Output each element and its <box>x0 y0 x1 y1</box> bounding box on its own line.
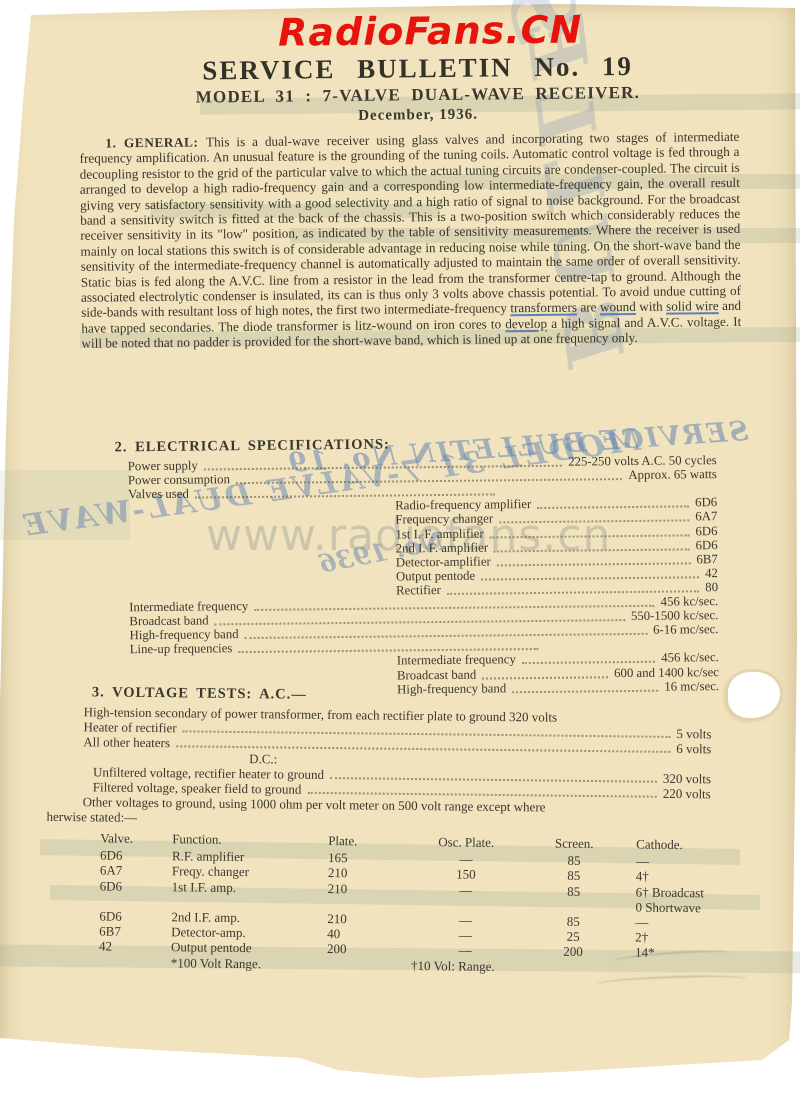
general-text-segment: 1. GENERAL: <box>105 134 206 150</box>
voltage-value: 5 volts <box>676 726 711 741</box>
spec-value: 6A7 <box>695 510 717 525</box>
document-header: RadioFans.CN SERVICE BULLETIN No. 19 MOD… <box>78 6 739 129</box>
scanned-bulletin-page: SERVICE BULLETIN SERVICE BULLETIN No. 19… <box>0 0 800 1108</box>
table-cell <box>405 897 525 914</box>
table-cell: 210 <box>319 911 405 927</box>
spec-value: Approx. 65 watts <box>628 467 717 483</box>
table-header-cell: Plate. <box>320 833 406 851</box>
table-cell: — <box>405 912 525 929</box>
voltage-label: Heater of rectifier <box>83 719 182 735</box>
table-cell: 4† <box>622 869 736 885</box>
dotted-leader <box>490 534 690 538</box>
table-cell: 85 <box>525 913 621 929</box>
table-cell: Detector-amp. <box>171 924 319 941</box>
dotted-leader <box>481 576 699 580</box>
table-cell: 85 <box>526 883 622 899</box>
general-paragraph: 1. GENERAL: This is a dual-wave receiver… <box>79 129 742 432</box>
table-cell: 85 <box>526 852 622 868</box>
voltage-lines: High-tension secondary of power transfor… <box>60 704 737 832</box>
general-text-segment: develop <box>505 316 547 331</box>
spec-value: 6B7 <box>696 552 717 567</box>
table-cell: — <box>405 927 525 944</box>
spec-label: Rectifier <box>396 583 447 599</box>
upper-content-block: RadioFans.CN SERVICE BULLETIN No. 19 MOD… <box>78 6 745 700</box>
table-cell: 200 <box>525 944 621 960</box>
table-cell <box>525 898 621 914</box>
voltage-value: 220 volts <box>663 786 711 802</box>
voltage-label: All other heaters <box>83 734 176 750</box>
spec-rows: Power supply225-250 volts A.C. 50 cycles… <box>83 454 745 700</box>
table-cell: 85 <box>526 868 622 884</box>
dotted-leader <box>537 506 689 510</box>
general-text-segment: wound <box>600 299 636 314</box>
footnote-right: †10 Vol: Range. <box>411 958 495 975</box>
table-cell: 165 <box>320 850 406 866</box>
dotted-leader <box>499 520 689 524</box>
table-header-cell: Function. <box>172 831 320 850</box>
specs-heading: 2. ELECTRICAL SPECIFICATIONS: <box>114 433 742 457</box>
table-cell: — <box>406 882 526 899</box>
table-cell: 25 <box>525 928 621 944</box>
table-cell: 6† Broadcast <box>622 884 736 900</box>
table-cell: Freqy. changer <box>172 864 320 881</box>
table-cell <box>171 894 319 911</box>
valve-voltage-table: Valve.Function.Plate.Osc. Plate.Screen.C… <box>59 830 736 961</box>
table-cell: 6A7 <box>100 863 172 879</box>
table-cell: 0 Shortwave <box>621 899 735 915</box>
table-cell <box>99 893 171 909</box>
table-cell: 6B7 <box>99 924 171 940</box>
table-cell: 6D6 <box>100 878 172 894</box>
spec-value: 42 <box>705 566 718 581</box>
table-cell: — <box>622 854 736 870</box>
voltage-value: 6 volts <box>676 741 711 756</box>
spec-value: 80 <box>705 580 718 595</box>
general-text-segment: transformers <box>510 300 577 316</box>
table-header-cell: Osc. Plate. <box>406 834 526 853</box>
table-cell: 40 <box>319 926 405 942</box>
table-cell: R.F. amplifier <box>172 848 320 865</box>
general-text-segment: solid wire <box>666 299 719 315</box>
spec-label: Line-up frequencies <box>130 641 239 657</box>
dotted-leader <box>497 562 691 566</box>
table-cell: 210 <box>320 881 406 897</box>
general-text-segment: are <box>577 300 600 315</box>
spec-label: Valves used <box>128 487 195 503</box>
table-cell: 150 <box>406 866 526 883</box>
table-cell: — <box>621 914 735 930</box>
voltage-value: 320 volts <box>663 771 711 787</box>
footnote-left: *100 Volt Range. <box>171 955 261 972</box>
dotted-leader <box>482 676 608 679</box>
table-cell <box>319 896 405 912</box>
table-cell: — <box>405 942 525 959</box>
dotted-leader <box>522 661 655 664</box>
table-cell: — <box>406 851 526 868</box>
brand-title: RadioFans.CN <box>122 6 738 56</box>
spec-value: 6D6 <box>695 495 717 510</box>
general-text-segment: This is a dual-wave receiver using glass… <box>79 129 741 320</box>
spec-value: 6D6 <box>696 538 718 553</box>
spec-value: 6D6 <box>695 524 717 539</box>
table-cell: 42 <box>99 939 171 955</box>
table-cell: 6D6 <box>100 848 172 864</box>
table-cell: 6D6 <box>99 908 171 924</box>
table-cell: 210 <box>320 865 406 881</box>
lower-content-block: 3. VOLTAGE TESTS: A.C.— High-tension sec… <box>59 684 738 977</box>
table-cell: 200 <box>319 941 405 957</box>
table-header-cell: Screen. <box>526 835 622 853</box>
dotted-leader <box>494 548 690 552</box>
spec-label: Output pentode <box>396 568 481 584</box>
table-cell: 2† <box>621 930 735 946</box>
table-cell: Output pentode <box>171 940 319 957</box>
spec-value: 6-16 mc/sec. <box>653 622 719 638</box>
table-header-cell: Cathode. <box>622 836 736 854</box>
table-cell: 2nd I.F. amp. <box>171 909 319 926</box>
table-header-cell: Valve. <box>100 830 172 848</box>
general-text-segment: with <box>636 299 666 314</box>
table-cell: 1st I.F. amp. <box>172 879 320 896</box>
